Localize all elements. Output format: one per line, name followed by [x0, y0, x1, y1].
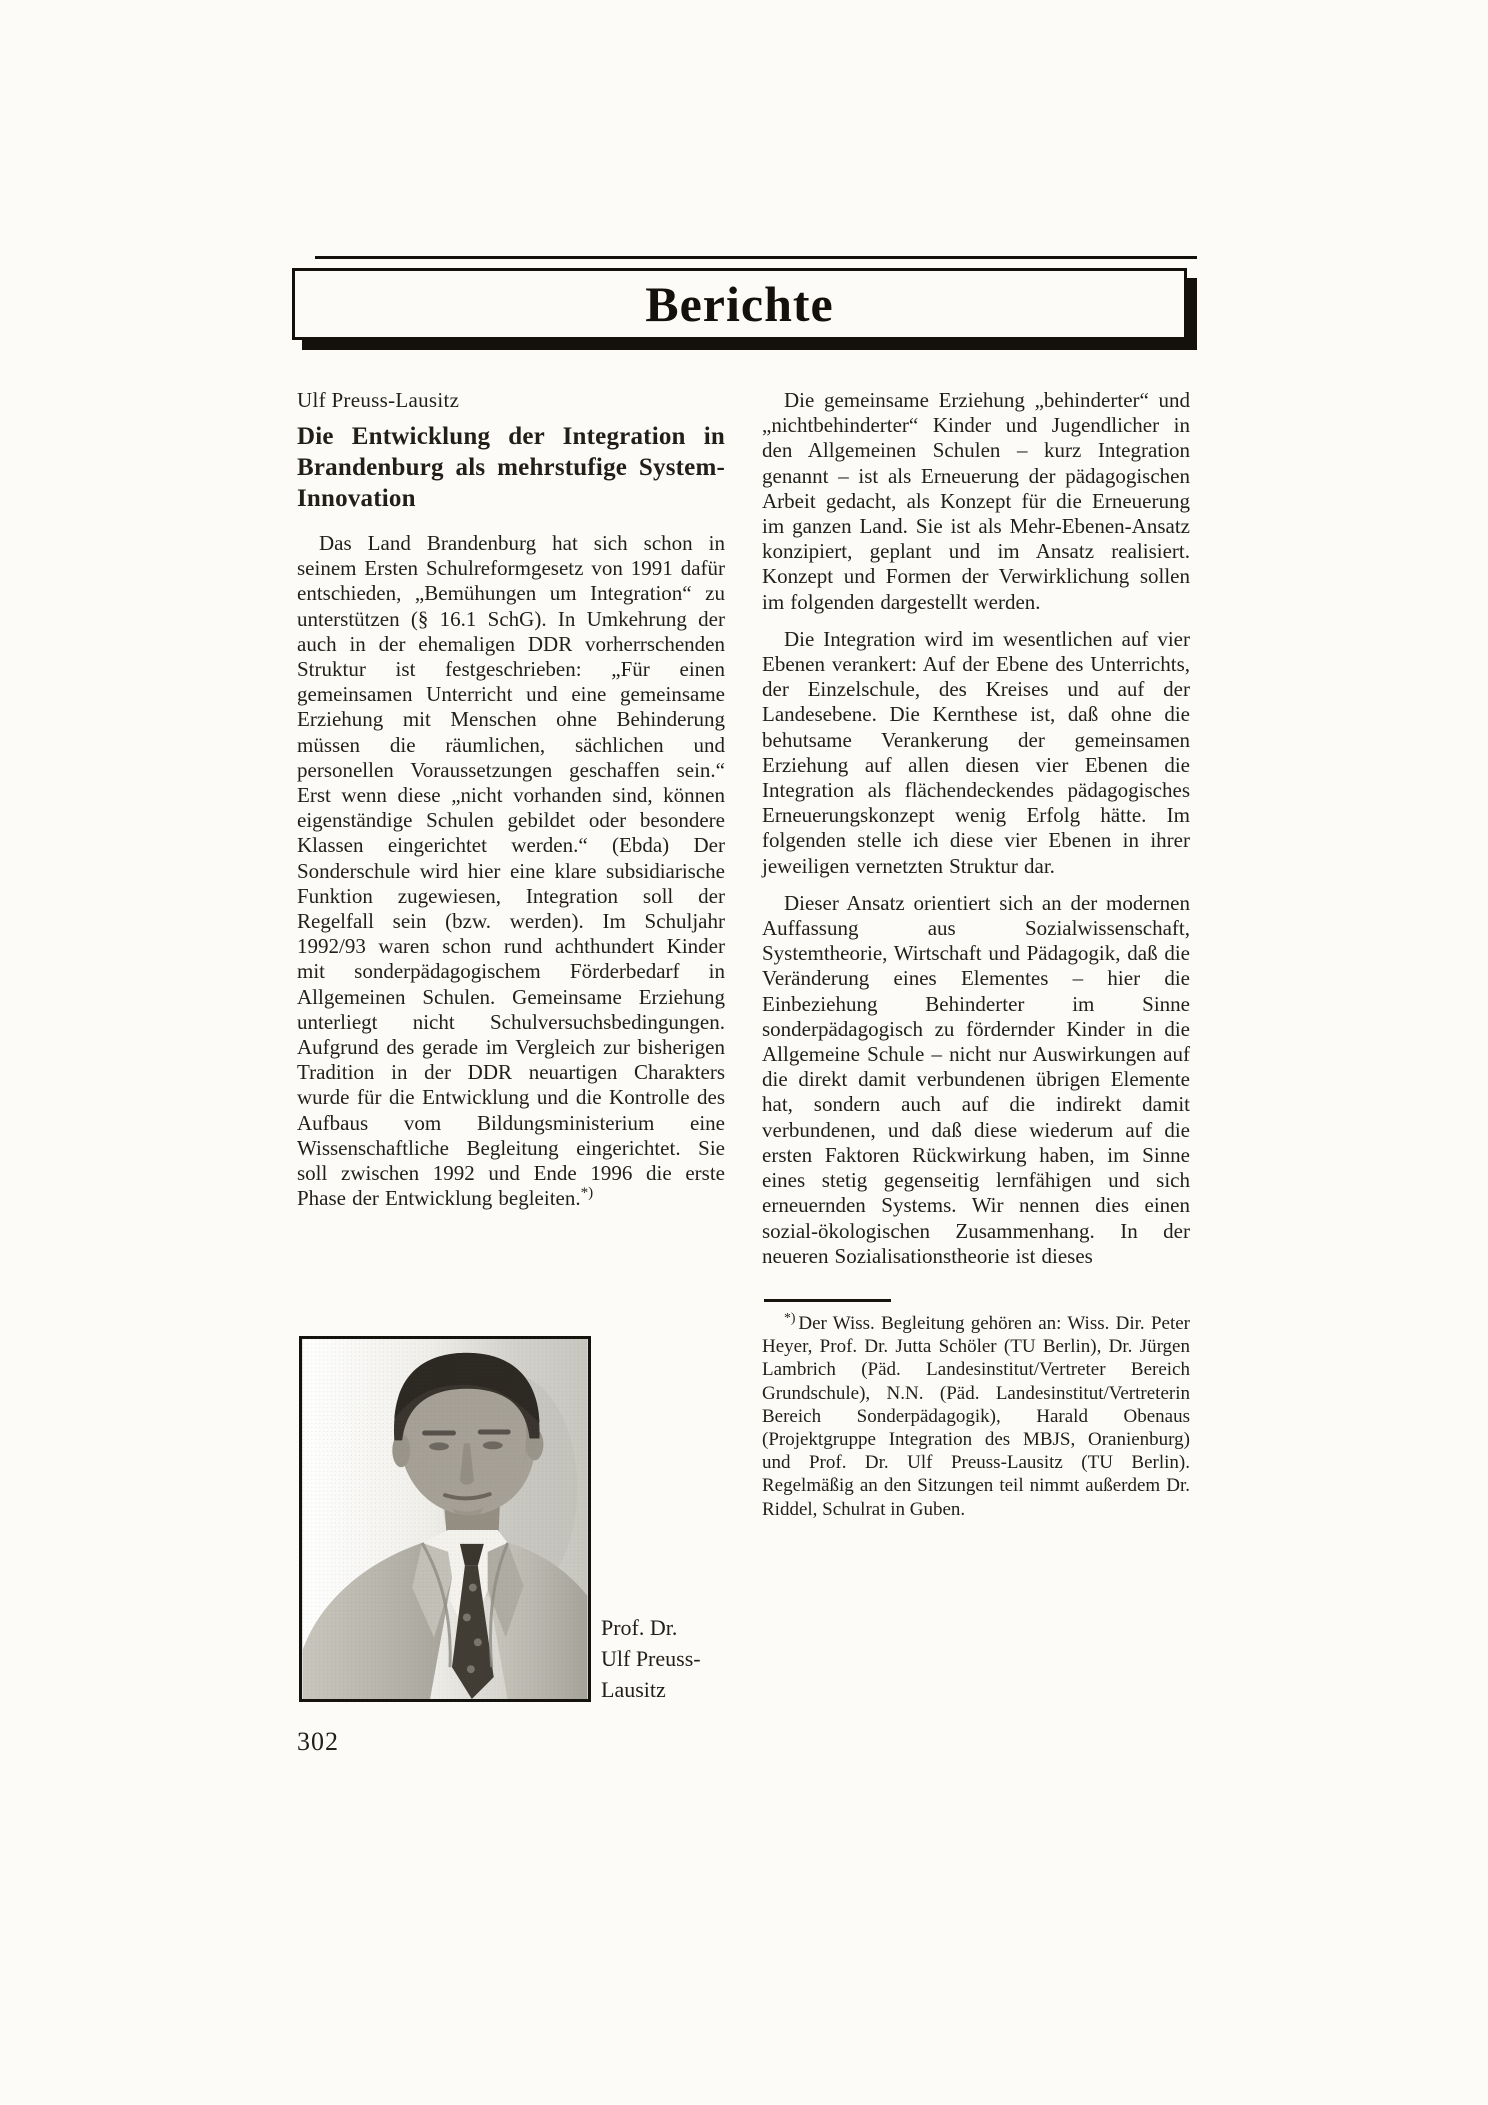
caption-line: Prof. Dr.	[601, 1612, 701, 1643]
article-title: Die Entwicklung der Integration in Brand…	[297, 421, 725, 514]
scan-artifact-line	[315, 256, 1197, 259]
footnote-rule	[764, 1299, 891, 1302]
portrait-photo	[299, 1336, 591, 1702]
section-header-box: Berichte	[292, 268, 1187, 340]
footnote-text: *)Der Wiss. Begleitung gehören an: Wiss.…	[762, 1312, 1190, 1521]
photo-caption: Prof. Dr. Ulf Preuss- Lausitz	[601, 1612, 701, 1705]
body-paragraph: Die gemeinsame Erziehung „behinderter“ u…	[762, 388, 1190, 615]
caption-line: Ulf Preuss-	[601, 1643, 701, 1674]
footnote: *)Der Wiss. Begleitung gehören an: Wiss.…	[762, 1299, 1190, 1521]
left-column: Ulf Preuss-Lausitz Die Entwicklung der I…	[297, 388, 725, 1211]
body-paragraph: Dieser Ansatz orientiert sich an der mod…	[762, 891, 1190, 1269]
footnote-marker: *)	[784, 1310, 795, 1325]
section-title: Berichte	[645, 275, 833, 333]
body-paragraph: Die Integration wird im wesentlichen auf…	[762, 627, 1190, 879]
scanned-journal-page: Berichte Ulf Preuss-Lausitz Die Entwickl…	[0, 0, 1488, 2105]
right-column: Die gemeinsame Erziehung „behinderter“ u…	[762, 388, 1190, 1521]
footnote-reference: *)	[581, 1185, 594, 1201]
caption-line: Lausitz	[601, 1674, 701, 1705]
footnote-body: Der Wiss. Begleitung gehören an: Wiss. D…	[762, 1313, 1190, 1520]
portrait-photo-graphic	[302, 1339, 588, 1699]
page-number: 302	[297, 1727, 339, 1757]
author-name: Ulf Preuss-Lausitz	[297, 388, 725, 413]
body-paragraph: Das Land Brandenburg hat sich schon in s…	[297, 531, 725, 1211]
paragraph-text: Das Land Brandenburg hat sich schon in s…	[297, 531, 725, 1210]
